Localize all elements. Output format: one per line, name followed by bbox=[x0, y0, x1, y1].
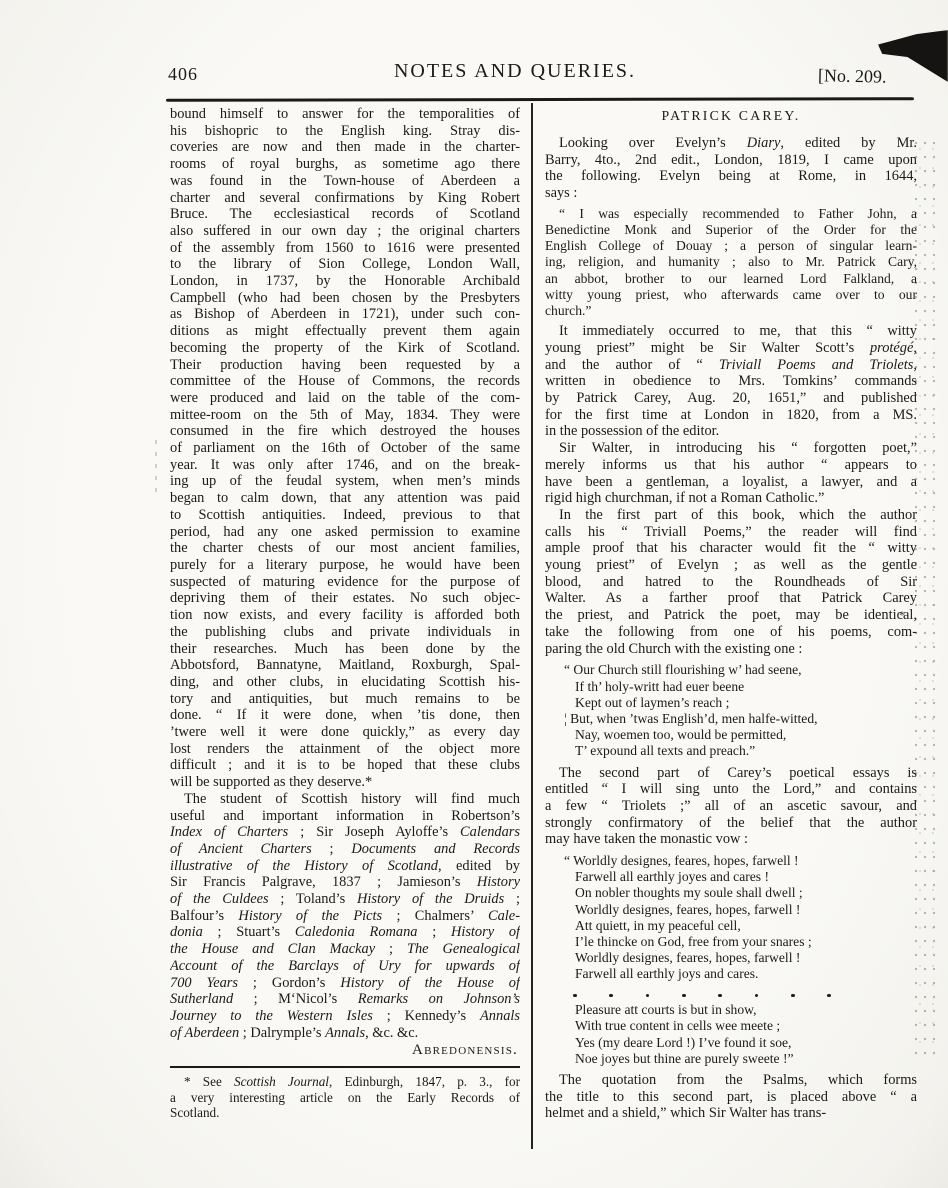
text-line: T’ expound all texts and preach.” bbox=[575, 743, 917, 759]
text-line: tion now exists, and every facility is a… bbox=[170, 607, 520, 624]
scan-noise-artifact bbox=[914, 140, 942, 1055]
text-line: the following. Evelyn being at Rome, in … bbox=[545, 168, 917, 185]
page-number: 406 bbox=[168, 64, 198, 85]
text-line: calls his “ Triviall Poems,” the reader … bbox=[545, 524, 917, 541]
text-line: entitled “ I will sing unto the Lord,” a… bbox=[545, 781, 917, 798]
text-line: take the following from one of his poems… bbox=[545, 624, 917, 641]
text-line: Scotland. bbox=[170, 1105, 520, 1121]
text-line: becoming the property of the Kirk of Sco… bbox=[170, 340, 520, 357]
text-line: Balfour’s History of the Picts ; Chalmer… bbox=[170, 908, 520, 925]
text-line: the title to this second part, is placed… bbox=[545, 1089, 917, 1106]
margin-mark: * bbox=[899, 608, 905, 623]
separator-dot bbox=[609, 994, 613, 998]
separator-dot bbox=[791, 994, 795, 998]
footnote: * See Scottish Journal, Edinburgh, 1847,… bbox=[170, 1074, 520, 1121]
text-line: In the first part of this book, which th… bbox=[545, 507, 917, 524]
text-line: done. “ If it were done, when ’tis done,… bbox=[170, 707, 520, 724]
header-rule bbox=[166, 97, 914, 102]
text-line: year. It was only after 1746, and on the… bbox=[170, 457, 520, 474]
text-line: church.” bbox=[545, 303, 917, 319]
text-line: helmet and a shield,” which Sir Walter h… bbox=[545, 1105, 917, 1122]
text-line: consumed in the fire which destroyed the… bbox=[170, 423, 520, 440]
text-line: Abbotsford, Bannatyne, Maitland, Roxburg… bbox=[170, 657, 520, 674]
text-line: On nobler thoughts my soule shall dwell … bbox=[575, 885, 917, 901]
continued-article-paragraph: bound himself to answer for the temporal… bbox=[170, 106, 520, 791]
text-line: Their production having been requested b… bbox=[170, 357, 520, 374]
text-line: in the possession of the editor. bbox=[545, 423, 917, 440]
separator-dot bbox=[718, 994, 722, 998]
text-line: Farwell all earthly joys and cares. bbox=[575, 966, 917, 982]
text-line: Sutherland ; M‘Nicol’s Remarks on Johnso… bbox=[170, 991, 520, 1008]
text-line: ditions as might effectually prevent the… bbox=[170, 323, 520, 340]
text-line: The student of Scottish history will fin… bbox=[170, 791, 520, 808]
footnote-rule bbox=[170, 1066, 520, 1068]
text-line: Sir Walter, in introducing his “ forgott… bbox=[545, 440, 917, 457]
text-line: were produced and laid on the table of t… bbox=[170, 390, 520, 407]
text-line: donia ; Stuart’s Caledonia Romana ; Hist… bbox=[170, 924, 520, 941]
separator-dot bbox=[646, 994, 650, 998]
text-line: PATRICK CAREY. bbox=[545, 108, 917, 124]
text-line: of Ancient Charters ; Documents and Reco… bbox=[170, 841, 520, 858]
text-line: the charter chests of our most ancient f… bbox=[170, 540, 520, 557]
text-line: rooms of royal burghs, as sometime ago t… bbox=[170, 156, 520, 173]
church-poem: “ Our Church still flourishing w’ had se… bbox=[545, 662, 917, 759]
text-line: committee of the House of Commons, the r… bbox=[170, 373, 520, 390]
psalms-paragraph: The quotation from the Psalms, which for… bbox=[545, 1072, 917, 1122]
text-line: of parliament on the 16th of October of … bbox=[170, 440, 520, 457]
text-line: ample proof that his character would fit… bbox=[545, 540, 917, 557]
text-line: mittee-room on the 5th of May, 1834. The… bbox=[170, 407, 520, 424]
text-line: the publishing clubs and private individ… bbox=[170, 624, 520, 641]
sir-walter-paragraph: Sir Walter, in introducing his “ forgott… bbox=[545, 440, 917, 507]
right-column: PATRICK CAREY.Looking over Evelyn’s Diar… bbox=[545, 106, 917, 1146]
text-line: young priest” of Evelyn ; as well as the… bbox=[545, 557, 917, 574]
text-line: as Bishop of Aberdeen in 1721), under su… bbox=[170, 306, 520, 323]
text-line: witty young priest, who afterwards came … bbox=[545, 287, 917, 303]
text-line: blood, and hatred to the Roundheads of S… bbox=[545, 574, 917, 591]
text-line: ing, religion, and humanity ; also to Mr… bbox=[545, 254, 917, 270]
text-line: Bruce. The ecclesiastical records of Sco… bbox=[170, 206, 520, 223]
stanza-break-dots bbox=[573, 990, 831, 998]
separator-dot bbox=[682, 994, 686, 998]
text-line: will be supported as they deserve.* bbox=[170, 774, 520, 791]
issue-number: [No. 209. bbox=[818, 65, 887, 87]
text-line: depriving them of their estates. No such… bbox=[170, 590, 520, 607]
text-line: The quotation from the Psalms, which for… bbox=[545, 1072, 917, 1089]
text-line: I’le thincke on God, free from your snar… bbox=[575, 934, 917, 950]
text-line: lost renders the attainment of the objec… bbox=[170, 741, 520, 758]
text-line: to Scottish antiquities. Indeed, previou… bbox=[170, 507, 520, 524]
signature: Abredonensis. bbox=[170, 1042, 520, 1059]
text-line: English College of Douay ; a person of s… bbox=[545, 238, 917, 254]
text-line: Worldly designes, feares, hopes, farwell… bbox=[575, 950, 917, 966]
text-line: Looking over Evelyn’s Diary, edited by M… bbox=[545, 135, 917, 152]
column-divider-rule bbox=[531, 103, 533, 1149]
text-line: Account of the Barclays of Ury for upwar… bbox=[170, 958, 520, 975]
text-line: ding, and other clubs, in elucidating Sc… bbox=[170, 674, 520, 691]
text-line: “ Our Church still flourishing w’ had se… bbox=[575, 662, 917, 678]
intro-paragraph: Looking over Evelyn’s Diary, edited by M… bbox=[545, 135, 917, 202]
separator-dot bbox=[755, 994, 759, 998]
article-title: PATRICK CAREY. bbox=[545, 108, 917, 124]
scanned-journal-page: 406 NOTES AND QUERIES. [No. 209. bound h… bbox=[0, 0, 948, 1188]
references-paragraph: The student of Scottish history will fin… bbox=[170, 791, 520, 1042]
text-line: Worldly designes, feares, hopes, farwell… bbox=[575, 902, 917, 918]
text-line: Yes (my deare Lord !) I’ve found it soe, bbox=[575, 1035, 917, 1051]
text-line: of the assembly from 1560 to 1616 were p… bbox=[170, 240, 520, 257]
text-line: and the author of “ Triviall Poems and T… bbox=[545, 357, 917, 374]
text-line: Abredonensis. bbox=[170, 1042, 518, 1059]
text-line: Barry, 4to., 2nd edit., London, 1819, I … bbox=[545, 152, 917, 169]
text-line: strongly confirmatory of the belief that… bbox=[545, 815, 917, 832]
text-line: Sir Francis Palgrave, 1837 ; Jamieson’s … bbox=[170, 874, 520, 891]
text-line: It immediately occurred to me, that this… bbox=[545, 323, 917, 340]
left-column: bound himself to answer for the temporal… bbox=[170, 106, 520, 1136]
text-line: rigid high churchman, if not a Roman Cat… bbox=[545, 490, 917, 507]
text-line: useful and important information in Robe… bbox=[170, 808, 520, 825]
text-line: also suffered in our own day ; the origi… bbox=[170, 223, 520, 240]
text-line: the priest, and Patrick the poet, may be… bbox=[545, 607, 917, 624]
text-line: bound himself to answer for the temporal… bbox=[170, 106, 520, 123]
text-line: ing up of the feudal system, when men’s … bbox=[170, 473, 520, 490]
scan-edge-mark bbox=[155, 440, 157, 500]
text-line: Walter. As a farther proof that Patrick … bbox=[545, 590, 917, 607]
text-line: his bishopric to the English king. Stray… bbox=[170, 123, 520, 140]
pleasure-poem: Pleasure att courts is but in show,With … bbox=[545, 1002, 917, 1067]
evelyn-quotation: “ I was especially recommended to Father… bbox=[545, 206, 917, 319]
text-line: ’twere well it were done quickly,” as ev… bbox=[170, 724, 520, 741]
text-line: Pleasure att courts is but in show, bbox=[575, 1002, 917, 1018]
separator-dot bbox=[827, 994, 831, 998]
text-line: merely informs us that his author “ appe… bbox=[545, 457, 917, 474]
text-line: illustrative of the History of Scotland,… bbox=[170, 858, 520, 875]
text-line: coveries are now and then made in the ch… bbox=[170, 139, 520, 156]
text-line: Benedictine Monk and Superior of the Ord… bbox=[545, 222, 917, 238]
text-line: ¦ But, when ’twas English’d, men halfe-w… bbox=[575, 711, 917, 727]
text-line: The second part of Carey’s poetical essa… bbox=[545, 765, 917, 782]
separator-dot bbox=[573, 994, 577, 998]
text-line: a very interesting article on the Early … bbox=[170, 1090, 520, 1106]
text-line: “ Worldly designes, feares, hopes, farwe… bbox=[575, 853, 917, 869]
text-line: may have taken the monastic vow : bbox=[545, 831, 917, 848]
identification-paragraph: It immediately occurred to me, that this… bbox=[545, 323, 917, 440]
text-line: difficult ; and it is to be hoped that t… bbox=[170, 757, 520, 774]
text-line: If th’ holy-writt had euer beene bbox=[575, 679, 917, 695]
text-line: Nay, woemen too, would be permitted, bbox=[575, 727, 917, 743]
text-line: “ I was especially recommended to Father… bbox=[545, 206, 917, 222]
text-line: period, had any one asked permission to … bbox=[170, 524, 520, 541]
text-line: an abbot, brother to our learned Lord Fa… bbox=[545, 271, 917, 287]
text-line: of Aberdeen ; Dalrymple’s Annals, &c. &c… bbox=[170, 1025, 520, 1042]
text-line: to the library of Sion College, London W… bbox=[170, 256, 520, 273]
text-line: young priest” might be Sir Walter Scott’… bbox=[545, 340, 917, 357]
text-line: for the first time at London in 1820, fr… bbox=[545, 407, 917, 424]
text-line: paring the old Church with the existing … bbox=[545, 641, 917, 658]
text-line: suspected of maturing evidence for the p… bbox=[170, 574, 520, 591]
text-line: was found in the Town-house of Aberdeen … bbox=[170, 173, 520, 190]
text-line: London, in 1737, by the Honorable Archib… bbox=[170, 273, 520, 290]
text-line: Campbell (who had been chosen by the Pre… bbox=[170, 290, 520, 307]
text-line: Att quiett, in my peaceful cell, bbox=[575, 918, 917, 934]
text-line: charter and several confirmations by Kin… bbox=[170, 190, 520, 207]
text-line: Journey to the Western Isles ; Kennedy’s… bbox=[170, 1008, 520, 1025]
text-line: Index of Charters ; Sir Joseph Ayloffe’s… bbox=[170, 824, 520, 841]
text-line: Farwell all earthly joyes and cares ! bbox=[575, 869, 917, 885]
text-line: Kept out of laymen’s reach ; bbox=[575, 695, 917, 711]
text-line: Noe joyes but thine are purely sweete !” bbox=[575, 1051, 917, 1067]
second-part-paragraph: The second part of Carey’s poetical essa… bbox=[545, 765, 917, 849]
text-line: purely for a literary purpose, he would … bbox=[170, 557, 520, 574]
text-line: have been a gentleman, a loyalist, a law… bbox=[545, 474, 917, 491]
scan-corner-artifact bbox=[878, 30, 948, 82]
text-line: of the Culdees ; Toland’s History of the… bbox=[170, 891, 520, 908]
text-line: written in obedience to Mrs. Tomkins’ co… bbox=[545, 373, 917, 390]
text-line: by Patrick Carey, Aug. 20, 1651,” and pu… bbox=[545, 390, 917, 407]
text-line: tory and antiquities, but much remains t… bbox=[170, 691, 520, 708]
text-line: began to calm down, that any attention w… bbox=[170, 490, 520, 507]
worldly-designes-poem: “ Worldly designes, feares, hopes, farwe… bbox=[545, 853, 917, 983]
text-line: * See Scottish Journal, Edinburgh, 1847,… bbox=[170, 1074, 520, 1090]
text-line: a few “ Triolets ;” all of an ascetic sa… bbox=[545, 798, 917, 815]
text-line: their researches. Much has been done by … bbox=[170, 641, 520, 658]
text-line: the House and Clan Mackay ; The Genealog… bbox=[170, 941, 520, 958]
text-line: 700 Years ; Gordon’s History of the Hous… bbox=[170, 975, 520, 992]
journal-title: NOTES AND QUERIES. bbox=[394, 60, 636, 83]
first-part-paragraph: In the first part of this book, which th… bbox=[545, 507, 917, 657]
text-line: says : bbox=[545, 185, 917, 202]
text-line: With true content in cells wee meete ; bbox=[575, 1018, 917, 1034]
